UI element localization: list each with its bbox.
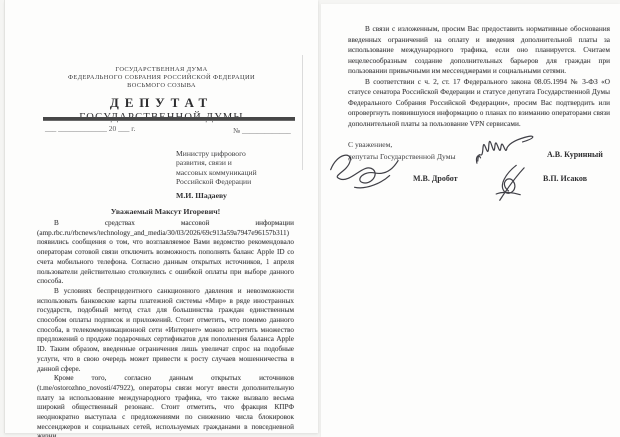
minister-name: М.И. Шадаеву bbox=[176, 191, 227, 200]
letterhead-org-line-1: ГОСУДАРСТВЕННАЯ ДУМА bbox=[5, 66, 318, 74]
signatory-name-kurinny: А.В. Куринный bbox=[547, 150, 603, 159]
page-1: ГОСУДАРСТВЕННАЯ ДУМА ФЕДЕРАЛЬНОГО СОБРАН… bbox=[4, 0, 318, 433]
letterhead-org-line-2: ФЕДЕРАЛЬНОГО СОБРАНИЯ РОССИЙСКОЙ ФЕДЕРАЦ… bbox=[5, 74, 318, 82]
letter-body-page-1: В средствах массовой информации (amp.rbc… bbox=[37, 219, 294, 437]
addressee-block: Министру цифрового развития, связи и мас… bbox=[176, 149, 257, 187]
letterhead-org-line-3: ВОСЬМОГО СОЗЫВА bbox=[5, 82, 318, 90]
body-paragraph: В средствах массовой информации (amp.rbc… bbox=[37, 219, 294, 287]
addressee-line: Министру цифрового bbox=[176, 149, 257, 158]
addressee-line: развития, связи и bbox=[176, 158, 257, 167]
signature-isakov bbox=[488, 161, 535, 206]
body-paragraph: В условиях беспрецедентного санкционного… bbox=[37, 287, 294, 374]
signature-drobot bbox=[323, 142, 410, 200]
body-paragraph: В соответствии с ч. 2, ст. 17 Федерально… bbox=[348, 77, 610, 130]
body-paragraph: Кроме того, согласно данным открытых ист… bbox=[37, 374, 294, 437]
page-2: В связи с изложенным, просим Вас предост… bbox=[321, 4, 620, 437]
scanned-letter: ГОСУДАРСТВЕННАЯ ДУМА ФЕДЕРАЛЬНОГО СОБРАН… bbox=[0, 0, 620, 437]
scan-artifact-line bbox=[302, 55, 303, 170]
signatory-name-drobot: М.В. Дробот bbox=[413, 174, 458, 183]
letterhead: ГОСУДАРСТВЕННАЯ ДУМА ФЕДЕРАЛЬНОГО СОБРАН… bbox=[5, 66, 318, 123]
letterhead-rule bbox=[43, 117, 295, 121]
addressee-line: Российской Федерации bbox=[176, 177, 257, 186]
letter-body-page-2: В связи с изложенным, просим Вас предост… bbox=[348, 24, 610, 129]
date-blank: ___ _____________ 20 ___ г. bbox=[45, 124, 135, 133]
letterhead-title: ДЕПУТАТ bbox=[5, 95, 318, 111]
salutation: Уважаемый Максут Игоревич! bbox=[37, 207, 294, 216]
signatory-name-isakov: В.П. Исаков bbox=[543, 174, 587, 183]
body-paragraph: В связи с изложенным, просим Вас предост… bbox=[348, 24, 610, 77]
number-blank: № _____________ bbox=[233, 126, 291, 135]
addressee-line: массовых коммуникаций bbox=[176, 168, 257, 177]
